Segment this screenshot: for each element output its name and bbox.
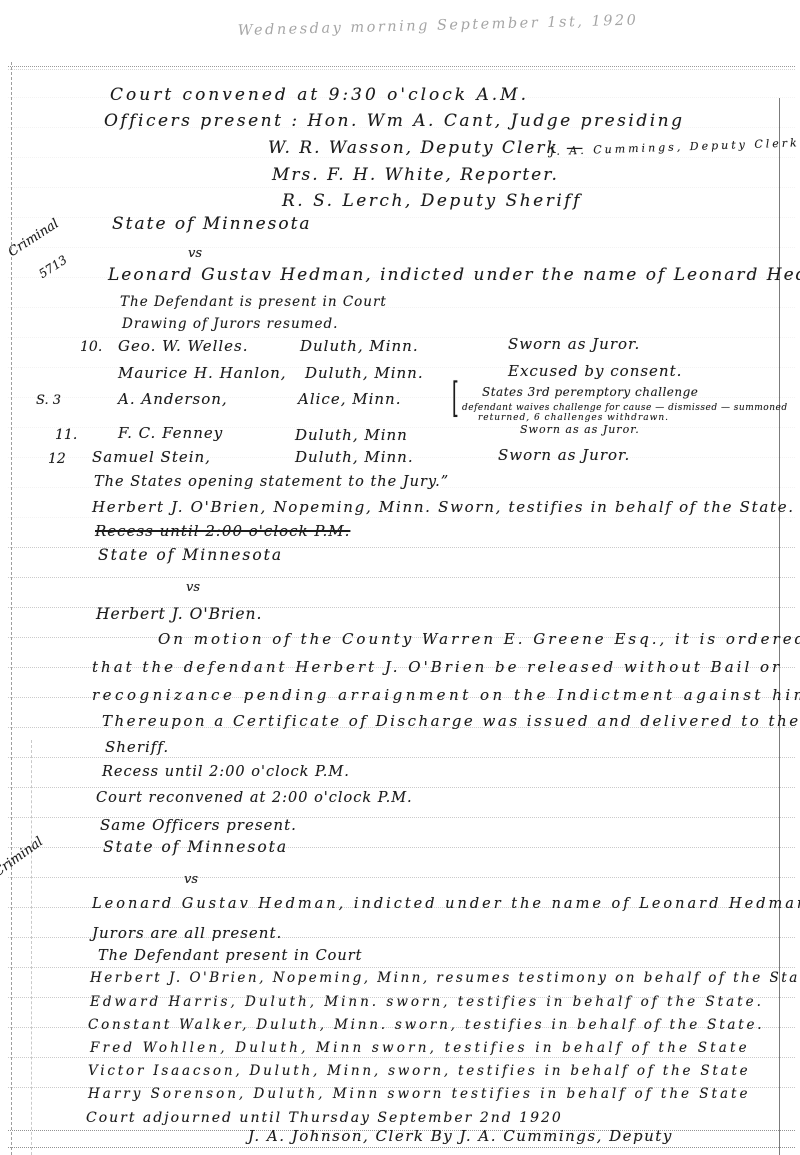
handwritten-line: Court reconvened at 2:00 o'clock P.M. xyxy=(96,791,413,807)
witness-line: Constant Walker, Duluth, Minn. sworn, te… xyxy=(88,1018,764,1033)
ledger-ruled-line xyxy=(8,66,795,67)
handwritten-line: Same Officers present. xyxy=(100,817,297,834)
juror-status: Excused by consent. xyxy=(508,363,682,380)
handwritten-line: Duluth, Minn. xyxy=(305,365,424,382)
ledger-ruled-line xyxy=(8,577,795,578)
witness-line: Edward Harris, Duluth, Minn. sworn, test… xyxy=(90,995,764,1010)
defendant-line: Herbert J. O'Brien. xyxy=(96,606,262,623)
ledger-ruled-line xyxy=(8,877,795,878)
handwritten-line: Sheriff. xyxy=(105,739,169,756)
ledger-ruled-line xyxy=(8,69,795,70)
ledger-ruled-line xyxy=(8,757,795,758)
faint-header-date: Wednesday morning September 1st, 1920 xyxy=(238,14,639,40)
defendant-line: Leonard Gustav Hedman, indicted under th… xyxy=(108,266,800,285)
handwritten-line: Jurors are all present. xyxy=(92,925,282,942)
case-title: State of Minnesota xyxy=(112,215,312,234)
juror-name: Samuel Stein, xyxy=(92,449,211,466)
handwritten-line: recognizance pending arraignment on the … xyxy=(92,687,800,704)
handwritten-line: The States opening statement to the Jury… xyxy=(94,475,449,491)
juror-status: States 3rd peremptory challenge xyxy=(482,386,698,399)
inserted-clerk-note: J. A. Cummings, Deputy Clerk xyxy=(550,137,800,158)
juror-row-number: 10. xyxy=(80,340,102,355)
defendant-line: Leonard Gustav Hedman, indicted under th… xyxy=(92,897,800,913)
juror-status: Sworn as Juror. xyxy=(508,336,640,353)
handwritten-line: Duluth, Minn. xyxy=(300,338,419,355)
case-title: State of Minnesota xyxy=(98,547,283,564)
handwritten-line: Alice, Minn. xyxy=(298,391,402,408)
juror-row-number: 12 xyxy=(48,452,66,467)
handwritten-line: The Defendant is present in Court xyxy=(120,295,387,310)
juror-name: Maurice H. Hanlon, xyxy=(118,365,287,382)
juror-status: Sworn as Juror. xyxy=(498,447,630,464)
signature-line: J. A. Johnson, Clerk By J. A. Cummings, … xyxy=(248,1128,673,1145)
witness-line: Victor Isaacson, Duluth, Minn, sworn, te… xyxy=(88,1064,750,1079)
handwritten-line: Mrs. F. H. White, Reporter. xyxy=(272,166,559,185)
handwritten-line: W. R. Wasson, Deputy Clerk — xyxy=(268,139,585,158)
handwritten-line: Officers present : Hon. Wm A. Cant, Judg… xyxy=(104,112,684,131)
juror-status: Sworn as as Juror. xyxy=(520,424,640,436)
juror-name: Geo. W. Welles. xyxy=(118,338,249,355)
witness-line: Herbert J. O'Brien, Nopeming, Minn. Swor… xyxy=(92,499,795,516)
handwritten-line: that the defendant Herbert J. O'Brien be… xyxy=(92,659,782,676)
ledger-ruled-line xyxy=(8,967,795,968)
adjournment-line: Court adjourned until Thursday September… xyxy=(86,1111,563,1126)
scanned-court-minutes-page: Wednesday morning September 1st, 1920 Cr… xyxy=(0,0,800,1155)
handwritten-line: Duluth, Minn. xyxy=(295,449,414,466)
handwritten-line: Duluth, Minn xyxy=(295,427,408,444)
ledger-ruled-line xyxy=(8,1057,795,1058)
case-title: State of Minnesota xyxy=(103,839,288,856)
witness-line: Herbert J. O'Brien, Nopeming, Minn, resu… xyxy=(90,971,800,986)
ledger-ruled-line xyxy=(8,187,795,188)
margin-note-criminal-1: Criminal xyxy=(6,217,62,260)
handwritten-line: On motion of the County Warren E. Greene… xyxy=(158,631,800,648)
struck-recess-line: Recess until 2:00 o'clock P.M. xyxy=(95,523,350,540)
margin-rule-left xyxy=(11,62,12,1155)
margin-mark: S. 3 xyxy=(36,394,61,408)
handwritten-line: R. S. Lerch, Deputy Sheriff xyxy=(282,192,582,211)
ledger-ruled-line xyxy=(8,1147,795,1148)
ledger-ruled-line xyxy=(8,247,795,248)
handwritten-line: vs xyxy=(186,581,200,595)
witness-line: Fred Wohllen, Duluth, Minn sworn, testif… xyxy=(90,1041,750,1056)
witness-line: Harry Sorenson, Duluth, Minn sworn testi… xyxy=(88,1087,750,1102)
handwritten-line: Court convened at 9:30 o'clock A.M. xyxy=(110,86,529,105)
juror-name: A. Anderson, xyxy=(118,391,228,408)
juror-name: F. C. Fenney xyxy=(118,425,223,442)
handwritten-line: Thereupon a Certificate of Discharge was… xyxy=(102,713,800,730)
juror-row-number: 11. xyxy=(55,428,77,443)
margin-rule-left-inner xyxy=(31,740,32,1155)
margin-note-criminal-2: Criminal xyxy=(0,835,46,880)
handwritten-line: Recess until 2:00 o'clock P.M. xyxy=(102,765,350,781)
handwritten-line: Drawing of Jurors resumed. xyxy=(122,317,338,332)
ledger-ruled-line xyxy=(8,517,795,518)
annotation-bracket: [ xyxy=(452,378,459,423)
ledger-ruled-line xyxy=(8,787,795,788)
handwritten-line: The Defendant present in Court xyxy=(98,949,363,965)
page-edge-line-right xyxy=(779,98,780,1155)
handwritten-line: vs xyxy=(184,873,198,887)
handwritten-line: vs xyxy=(188,247,202,261)
